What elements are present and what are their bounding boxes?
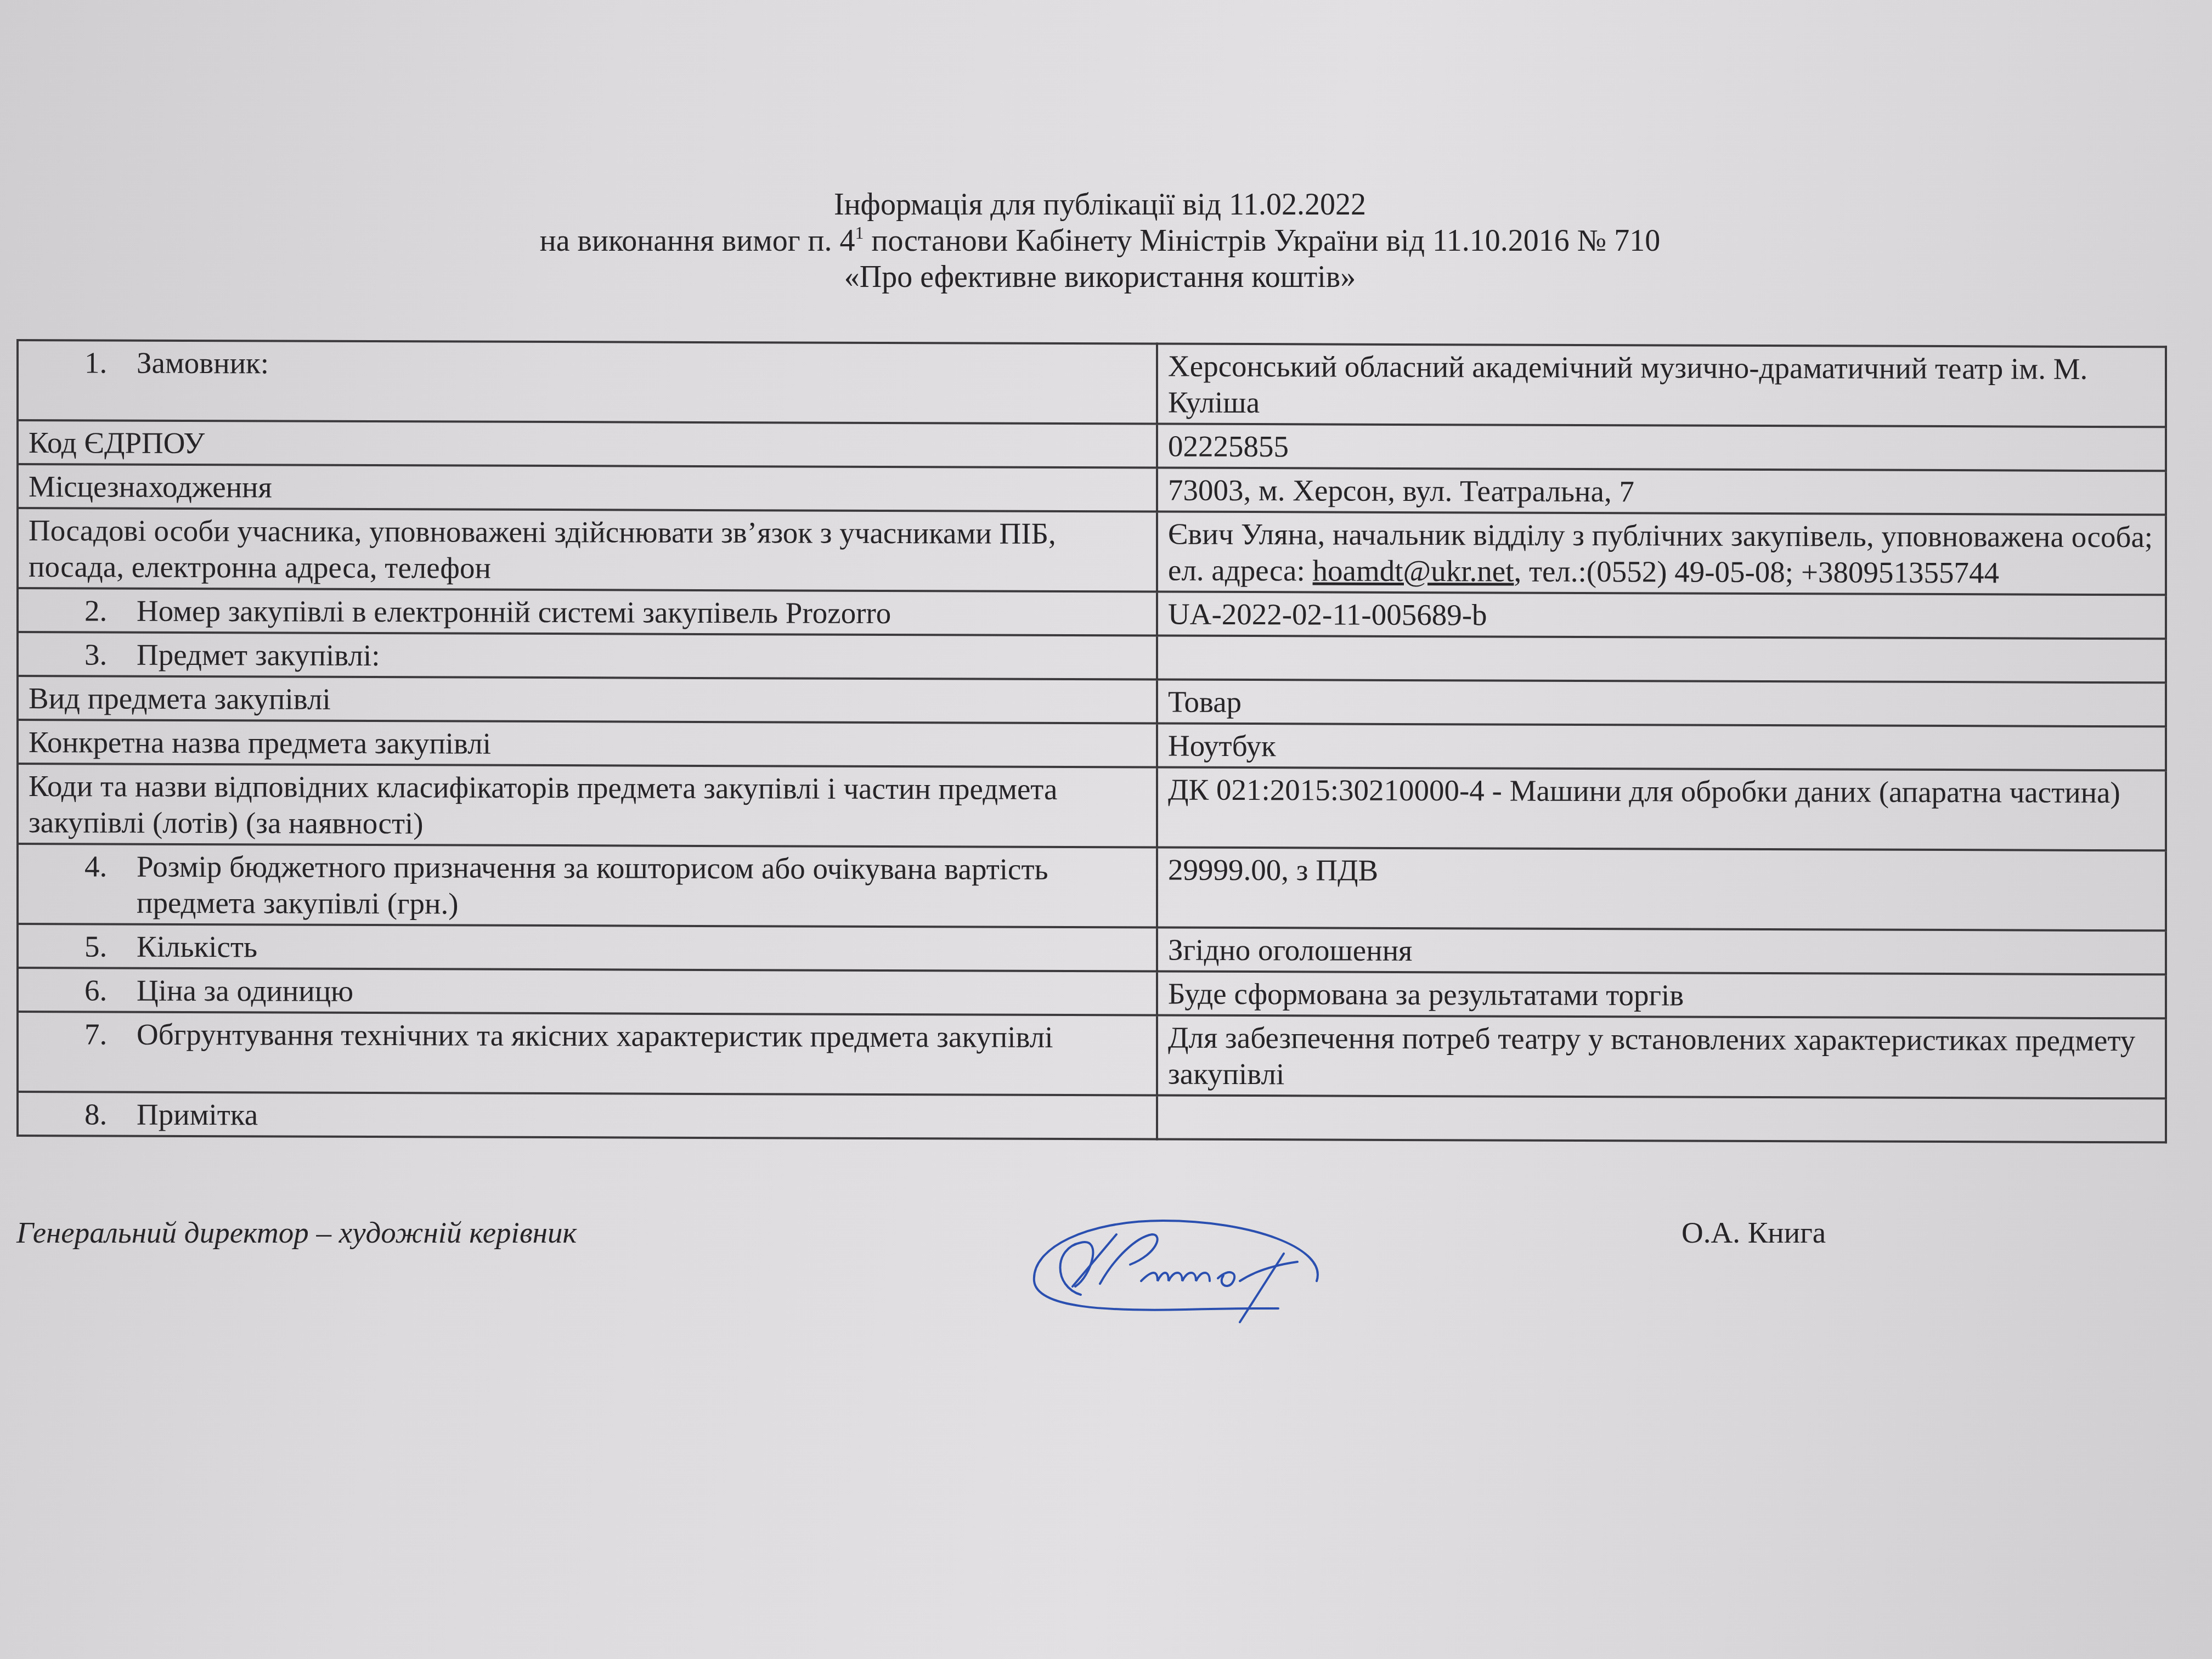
row-value: ДК 021:2015:30210000-4 - Машини для обро… <box>1157 768 2166 851</box>
table-row: Код ЄДРПОУ02225855 <box>18 420 2166 471</box>
row-label: 5.Кількість <box>18 924 1157 972</box>
table-row: Вид предмета закупівліТовар <box>18 676 2166 726</box>
row-value: Херсонський обласний академічний музично… <box>1157 344 2166 427</box>
row-number: 3. <box>84 636 137 673</box>
row-label-text: Замовник: <box>137 345 1080 384</box>
row-value: Євич Уляна, начальник відділу з публічни… <box>1157 512 2166 595</box>
row-label-text: Предмет закупівлі: <box>137 637 1080 676</box>
row-label: Конкретна назва предмета закупівлі <box>18 720 1157 768</box>
row-number: 2. <box>84 592 137 629</box>
row-value <box>1157 636 2166 683</box>
row-label: Посадові особи учасника, уповноважені зд… <box>18 508 1157 592</box>
table-row: 8.Примітка <box>18 1092 2166 1142</box>
table-row: 1.Замовник:Херсонський обласний академіч… <box>18 340 2166 427</box>
table-row: 5.КількістьЗгідно оголошення <box>18 924 2166 974</box>
signatory-name: О.А. Книга <box>1681 1215 1826 1250</box>
row-label: Код ЄДРПОУ <box>18 420 1157 468</box>
row-label: 3.Предмет закупівлі: <box>18 632 1157 680</box>
row-label: Місцезнаходження <box>18 464 1157 512</box>
row-value: Ноутбук <box>1157 724 2166 771</box>
table-row: Посадові особи учасника, уповноважені зд… <box>18 508 2166 595</box>
row-label-text: Обгрунтування технічних та якісних харак… <box>137 1017 1080 1056</box>
row-label: 2.Номер закупівлі в електронній системі … <box>18 588 1157 636</box>
row-value: Товар <box>1157 680 2166 727</box>
row-value <box>1157 1096 2166 1143</box>
row-label: Вид предмета закупівлі <box>18 676 1157 724</box>
row-label: 7.Обгрунтування технічних та якісних хар… <box>18 1012 1157 1096</box>
row-number: 6. <box>84 972 137 1008</box>
row-value: Згідно оголошення <box>1157 928 2166 975</box>
row-label: 4.Розмір бюджетного призначення за кошто… <box>18 844 1157 928</box>
row-label-text: Примітка <box>137 1097 1080 1136</box>
row-number: 4. <box>84 848 137 884</box>
table-row: 7.Обгрунтування технічних та якісних хар… <box>18 1012 2166 1098</box>
row-label: Коди та назви відповідних класифікаторів… <box>18 764 1157 848</box>
row-value: Буде сформована за результатами торгів <box>1157 972 2166 1019</box>
row-number: 8. <box>84 1096 137 1132</box>
row-label-text: Номер закупівлі в електронній системі за… <box>137 593 1080 632</box>
heading-line-2: на виконання вимог п. 41 постанови Кабін… <box>0 223 2200 259</box>
row-label: 6.Ціна за одиницю <box>18 968 1157 1015</box>
row-label: 1.Замовник: <box>18 340 1157 424</box>
row-label-text: Розмір бюджетного призначення за коштори… <box>137 849 1080 924</box>
table-row: Конкретна назва предмета закупівліНоутбу… <box>18 720 2166 770</box>
table-row: 2.Номер закупівлі в електронній системі … <box>18 588 2166 639</box>
email-link[interactable]: hoamdt@ukr.net <box>1313 554 1514 588</box>
heading-line-1: Інформація для публікації від 11.02.2022 <box>0 187 2200 223</box>
handwritten-signature <box>1020 1204 1339 1330</box>
row-value: 73003, м. Херсон, вул. Театральна, 7 <box>1157 468 2166 515</box>
procurement-info-table: 1.Замовник:Херсонський обласний академіч… <box>16 339 2167 1143</box>
row-number: 5. <box>84 928 137 964</box>
row-number: 1. <box>84 345 137 381</box>
row-number: 7. <box>84 1016 137 1052</box>
row-value: 02225855 <box>1157 424 2166 471</box>
document-heading: Інформація для публікації від 11.02.2022… <box>0 187 2200 295</box>
row-label-text: Ціна за одиницю <box>137 973 1080 1012</box>
table-row: Місцезнаходження73003, м. Херсон, вул. Т… <box>18 464 2166 515</box>
row-label-text: Кількість <box>137 929 1080 968</box>
heading-line-3: «Про ефективне використання коштів» <box>0 259 2200 295</box>
table-row: Коди та назви відповідних класифікаторів… <box>18 764 2166 850</box>
table-row: 4.Розмір бюджетного призначення за кошто… <box>18 844 2166 930</box>
signatory-position: Генеральний директор – художній керівник <box>16 1215 577 1250</box>
row-label: 8.Примітка <box>18 1092 1157 1139</box>
row-value: 29999.00, з ПДВ <box>1157 848 2166 931</box>
table-row: 6.Ціна за одиницюБуде сформована за резу… <box>18 968 2166 1018</box>
row-value: Для забезпечення потреб театру у встанов… <box>1157 1015 2166 1099</box>
table-row: 3.Предмет закупівлі: <box>18 632 2166 682</box>
row-value: UA-2022-02-11-005689-b <box>1157 592 2166 639</box>
